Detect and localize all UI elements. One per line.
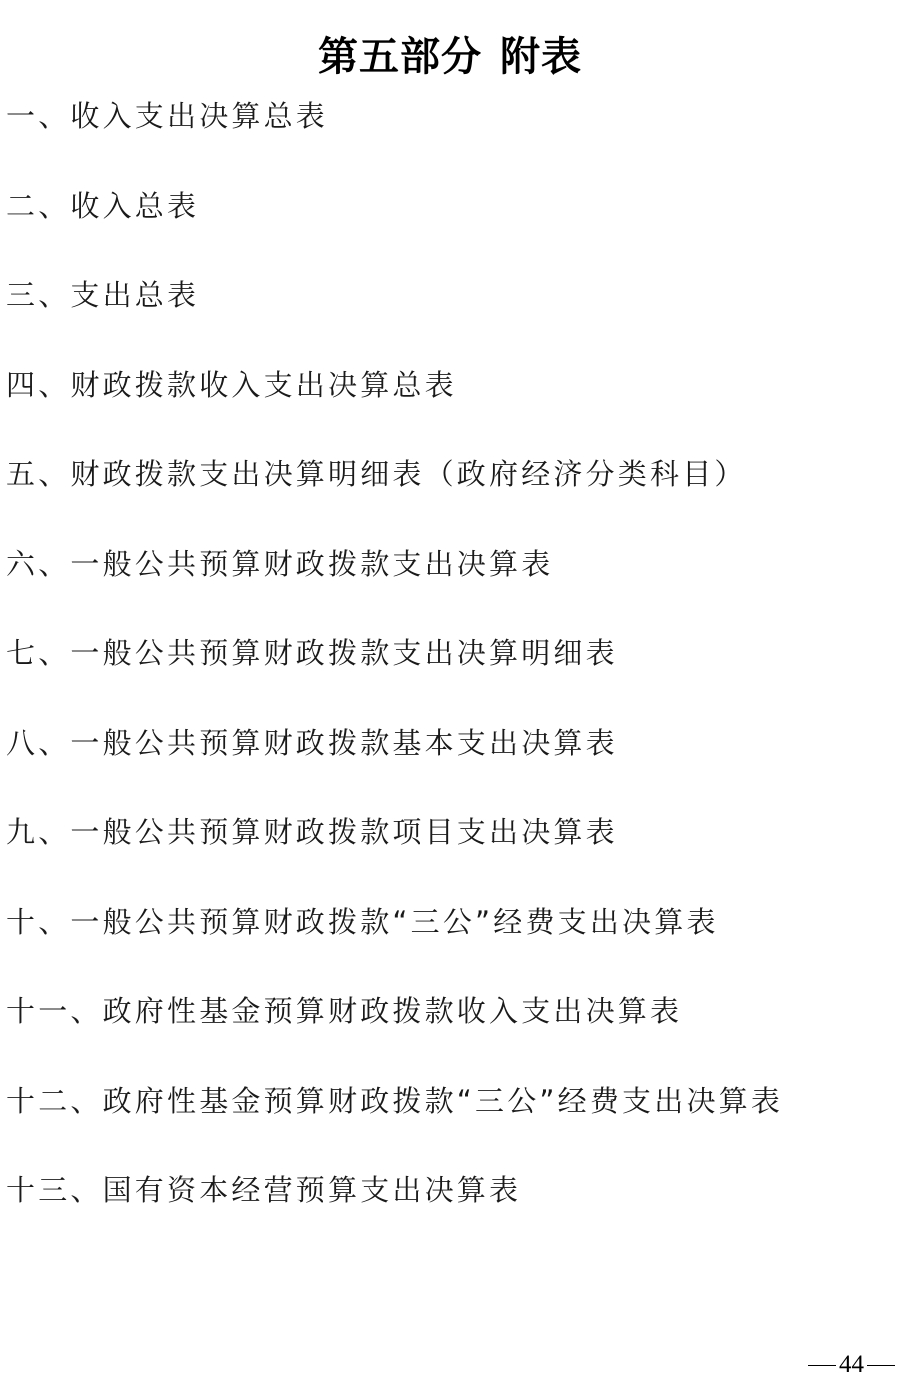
list-item: 九、一般公共预算财政拨款项目支出决算表 (6, 810, 783, 900)
dash-right (867, 1365, 895, 1367)
list-item: 十二、政府性基金预算财政拨款“三公”经费支出决算表 (6, 1079, 783, 1169)
page-number-value: 44 (839, 1351, 864, 1378)
list-item: 二、收入总表 (6, 184, 783, 274)
list-item: 四、财政拨款收入支出决算总表 (6, 363, 783, 453)
list-item: 五、财政拨款支出决算明细表（政府经济分类科目） (6, 452, 783, 542)
list-item: 十三、国有资本经营预算支出决算表 (6, 1168, 783, 1258)
list-item: 十一、政府性基金预算财政拨款收入支出决算表 (6, 989, 783, 1079)
title-name: 附表 (500, 34, 582, 80)
dash-left (808, 1365, 836, 1367)
page-title: 第五部分附表 (0, 31, 900, 83)
appendix-table-list: 一、收入支出决算总表 二、收入总表 三、支出总表 四、财政拨款收入支出决算总表 … (6, 94, 783, 1258)
list-item: 八、一般公共预算财政拨款基本支出决算表 (6, 721, 783, 811)
list-item: 三、支出总表 (6, 273, 783, 363)
list-item: 十、一般公共预算财政拨款“三公”经费支出决算表 (6, 900, 783, 990)
list-item: 一、收入支出决算总表 (6, 94, 783, 184)
list-item: 七、一般公共预算财政拨款支出决算明细表 (6, 631, 783, 721)
title-part: 第五部分 (318, 34, 482, 80)
page-number: 44 (805, 1350, 898, 1380)
list-item: 六、一般公共预算财政拨款支出决算表 (6, 542, 783, 632)
